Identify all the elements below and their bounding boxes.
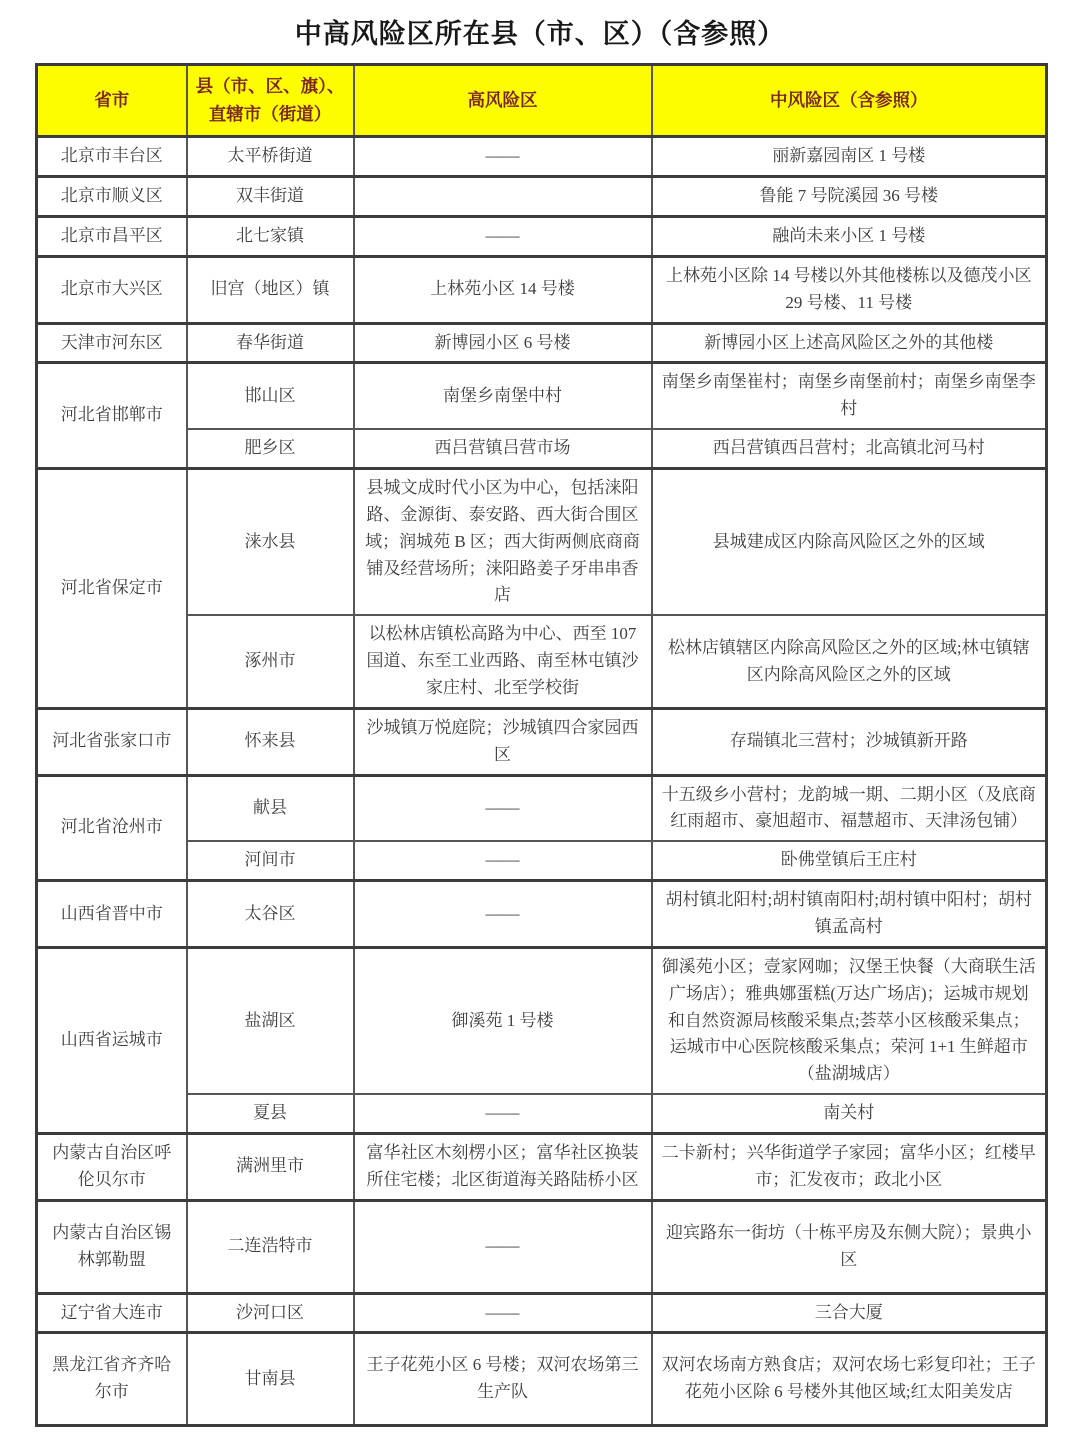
county-cell: 北七家镇 — [187, 217, 354, 257]
county-cell: 涞水县 — [187, 469, 354, 616]
county-cell: 双丰街道 — [187, 177, 354, 217]
table-row: 河北省邯郸市邯山区南堡乡南堡中村南堡乡南堡崔村；南堡乡南堡前村；南堡乡南堡李村 — [37, 363, 1047, 429]
page: 中高风险区所在县（市、区）（含参照） 省市 县（市、区、旗）、直辖市（街道） 高… — [0, 0, 1080, 1441]
high-risk-cell: 新博园小区 6 号楼 — [354, 323, 652, 363]
table-row: 河北省张家口市怀来县沙城镇万悦庭院；沙城镇四合家园西区存瑞镇北三营村；沙城镇新开… — [37, 708, 1047, 775]
province-cell: 北京市昌平区 — [37, 217, 187, 257]
province-group: 河北省保定市涞水县县城文成时代小区为中心，包括涞阳路、金源街、泰安路、西大街合围… — [37, 469, 1047, 709]
high-risk-cell: 以松林店镇松高路为中心、西至 107 国道、东至工业西路、南至林屯镇沙家庄村、北… — [354, 615, 652, 708]
province-cell: 山西省运城市 — [37, 947, 187, 1133]
county-cell: 涿州市 — [187, 615, 354, 708]
high-risk-cell: 富华社区木刻楞小区；富华社区换装所住宅楼；北区街道海关路陆桥小区 — [354, 1134, 652, 1201]
mid-risk-cell: 上林苑小区除 14 号楼以外其他楼栋以及德茂小区 29 号楼、11 号楼 — [652, 256, 1047, 323]
risk-table: 省市 县（市、区、旗）、直辖市（街道） 高风险区 中风险区（含参照） 北京市丰台… — [35, 63, 1048, 1427]
table-row: 天津市河东区春华街道新博园小区 6 号楼新博园小区上述高风险区之外的其他楼 — [37, 323, 1047, 363]
province-cell: 黑龙江省齐齐哈尔市 — [37, 1333, 187, 1426]
table-header: 省市 县（市、区、旗）、直辖市（街道） 高风险区 中风险区（含参照） — [37, 65, 1047, 137]
county-cell: 太谷区 — [187, 881, 354, 948]
table-row: 河北省沧州市献县——十五级乡小营村；龙韵城一期、二期小区（及底商红雨超市、豪旭超… — [37, 775, 1047, 841]
mid-risk-cell: 御溪苑小区；壹家网咖；汉堡王快餐（大商联生活广场店）；雅典娜蛋糕(万达广场店)；… — [652, 947, 1047, 1094]
county-cell: 肥乡区 — [187, 429, 354, 468]
page-title: 中高风险区所在县（市、区）（含参照） — [35, 12, 1045, 51]
province-cell: 内蒙古自治区呼伦贝尔市 — [37, 1134, 187, 1201]
table-row: 辽宁省大连市沙河口区——三合大厦 — [37, 1293, 1047, 1333]
table-row: 夏县——南关村 — [37, 1094, 1047, 1133]
mid-risk-cell: 迎宾路东一街坊（十栋平房及东侧大院）；景典小区 — [652, 1200, 1047, 1293]
mid-risk-cell: 南关村 — [652, 1094, 1047, 1133]
county-cell: 夏县 — [187, 1094, 354, 1133]
mid-risk-cell: 松林店镇辖区内除高风险区之外的区域;林屯镇辖区内除高风险区之外的区域 — [652, 615, 1047, 708]
province-group: 辽宁省大连市沙河口区——三合大厦 — [37, 1293, 1047, 1333]
high-risk-cell: 沙城镇万悦庭院；沙城镇四合家园西区 — [354, 708, 652, 775]
table-row: 河北省保定市涞水县县城文成时代小区为中心，包括涞阳路、金源街、泰安路、西大街合围… — [37, 469, 1047, 616]
mid-risk-cell: 融尚未来小区 1 号楼 — [652, 217, 1047, 257]
province-cell: 河北省邯郸市 — [37, 363, 187, 469]
province-cell: 内蒙古自治区锡林郭勒盟 — [37, 1200, 187, 1293]
province-group: 内蒙古自治区锡林郭勒盟二连浩特市——迎宾路东一街坊（十栋平房及东侧大院）；景典小… — [37, 1200, 1047, 1293]
header-county: 县（市、区、旗）、直辖市（街道） — [187, 65, 354, 137]
province-group: 北京市昌平区北七家镇——融尚未来小区 1 号楼 — [37, 217, 1047, 257]
table-row: 北京市大兴区旧宫（地区）镇上林苑小区 14 号楼上林苑小区除 14 号楼以外其他… — [37, 256, 1047, 323]
province-group: 北京市大兴区旧宫（地区）镇上林苑小区 14 号楼上林苑小区除 14 号楼以外其他… — [37, 256, 1047, 323]
province-group: 山西省运城市盐湖区御溪苑 1 号楼御溪苑小区；壹家网咖；汉堡王快餐（大商联生活广… — [37, 947, 1047, 1133]
table-row: 山西省晋中市太谷区——胡村镇北阳村;胡村镇南阳村;胡村镇中阳村；胡村镇孟高村 — [37, 881, 1047, 948]
county-cell: 满洲里市 — [187, 1134, 354, 1201]
high-risk-cell: 县城文成时代小区为中心，包括涞阳路、金源街、泰安路、西大街合围区域；润城苑 B … — [354, 469, 652, 616]
high-risk-cell: 上林苑小区 14 号楼 — [354, 256, 652, 323]
province-cell: 河北省保定市 — [37, 469, 187, 709]
high-risk-cell: —— — [354, 1293, 652, 1333]
province-group: 河北省沧州市献县——十五级乡小营村；龙韵城一期、二期小区（及底商红雨超市、豪旭超… — [37, 775, 1047, 881]
table-row: 涿州市以松林店镇松高路为中心、西至 107 国道、东至工业西路、南至林屯镇沙家庄… — [37, 615, 1047, 708]
table-row: 北京市顺义区双丰街道鲁能 7 号院溪园 36 号楼 — [37, 177, 1047, 217]
province-cell: 河北省张家口市 — [37, 708, 187, 775]
high-risk-cell: 御溪苑 1 号楼 — [354, 947, 652, 1094]
province-group: 北京市顺义区双丰街道鲁能 7 号院溪园 36 号楼 — [37, 177, 1047, 217]
high-risk-cell: 王子花苑小区 6 号楼；双河农场第三生产队 — [354, 1333, 652, 1426]
province-cell: 北京市顺义区 — [37, 177, 187, 217]
header-row: 省市 县（市、区、旗）、直辖市（街道） 高风险区 中风险区（含参照） — [37, 65, 1047, 137]
table-row: 北京市丰台区太平桥街道——丽新嘉园南区 1 号楼 — [37, 137, 1047, 177]
province-group: 北京市丰台区太平桥街道——丽新嘉园南区 1 号楼 — [37, 137, 1047, 177]
mid-risk-cell: 南堡乡南堡崔村；南堡乡南堡前村；南堡乡南堡李村 — [652, 363, 1047, 429]
table-row: 内蒙古自治区锡林郭勒盟二连浩特市——迎宾路东一街坊（十栋平房及东侧大院）；景典小… — [37, 1200, 1047, 1293]
province-cell: 山西省晋中市 — [37, 881, 187, 948]
high-risk-cell: —— — [354, 1094, 652, 1133]
mid-risk-cell: 丽新嘉园南区 1 号楼 — [652, 137, 1047, 177]
mid-risk-cell: 新博园小区上述高风险区之外的其他楼 — [652, 323, 1047, 363]
county-cell: 春华街道 — [187, 323, 354, 363]
county-cell: 盐湖区 — [187, 947, 354, 1094]
mid-risk-cell: 存瑞镇北三营村；沙城镇新开路 — [652, 708, 1047, 775]
county-cell: 献县 — [187, 775, 354, 841]
province-cell: 辽宁省大连市 — [37, 1293, 187, 1333]
county-cell: 旧宫（地区）镇 — [187, 256, 354, 323]
county-cell: 甘南县 — [187, 1333, 354, 1426]
high-risk-cell: —— — [354, 217, 652, 257]
table-row: 黑龙江省齐齐哈尔市甘南县王子花苑小区 6 号楼；双河农场第三生产队双河农场南方熟… — [37, 1333, 1047, 1426]
province-group: 河北省邯郸市邯山区南堡乡南堡中村南堡乡南堡崔村；南堡乡南堡前村；南堡乡南堡李村肥… — [37, 363, 1047, 469]
table-row: 内蒙古自治区呼伦贝尔市满洲里市富华社区木刻楞小区；富华社区换装所住宅楼；北区街道… — [37, 1134, 1047, 1201]
county-cell: 河间市 — [187, 841, 354, 880]
province-group: 内蒙古自治区呼伦贝尔市满洲里市富华社区木刻楞小区；富华社区换装所住宅楼；北区街道… — [37, 1134, 1047, 1201]
high-risk-cell: —— — [354, 841, 652, 880]
province-group: 天津市河东区春华街道新博园小区 6 号楼新博园小区上述高风险区之外的其他楼 — [37, 323, 1047, 363]
header-high-risk: 高风险区 — [354, 65, 652, 137]
county-cell: 沙河口区 — [187, 1293, 354, 1333]
mid-risk-cell: 十五级乡小营村；龙韵城一期、二期小区（及底商红雨超市、豪旭超市、福慧超市、天津汤… — [652, 775, 1047, 841]
province-cell: 北京市丰台区 — [37, 137, 187, 177]
mid-risk-cell: 县城建成区内除高风险区之外的区域 — [652, 469, 1047, 616]
high-risk-cell: 南堡乡南堡中村 — [354, 363, 652, 429]
mid-risk-cell: 双河农场南方熟食店；双河农场七彩复印社；王子花苑小区除 6 号楼外其他区域;红太… — [652, 1333, 1047, 1426]
table-row: 河间市——卧佛堂镇后王庄村 — [37, 841, 1047, 880]
table-row: 山西省运城市盐湖区御溪苑 1 号楼御溪苑小区；壹家网咖；汉堡王快餐（大商联生活广… — [37, 947, 1047, 1094]
high-risk-cell: 西吕营镇吕营市场 — [354, 429, 652, 468]
mid-risk-cell: 鲁能 7 号院溪园 36 号楼 — [652, 177, 1047, 217]
mid-risk-cell: 卧佛堂镇后王庄村 — [652, 841, 1047, 880]
county-cell: 邯山区 — [187, 363, 354, 429]
province-group: 山西省晋中市太谷区——胡村镇北阳村;胡村镇南阳村;胡村镇中阳村；胡村镇孟高村 — [37, 881, 1047, 948]
mid-risk-cell: 西吕营镇西吕营村；北高镇北河马村 — [652, 429, 1047, 468]
county-cell: 二连浩特市 — [187, 1200, 354, 1293]
high-risk-cell: —— — [354, 1200, 652, 1293]
high-risk-cell: —— — [354, 137, 652, 177]
header-mid-risk: 中风险区（含参照） — [652, 65, 1047, 137]
province-cell: 天津市河东区 — [37, 323, 187, 363]
county-cell: 怀来县 — [187, 708, 354, 775]
province-group: 黑龙江省齐齐哈尔市甘南县王子花苑小区 6 号楼；双河农场第三生产队双河农场南方熟… — [37, 1333, 1047, 1426]
province-cell: 北京市大兴区 — [37, 256, 187, 323]
header-province: 省市 — [37, 65, 187, 137]
table-row: 北京市昌平区北七家镇——融尚未来小区 1 号楼 — [37, 217, 1047, 257]
mid-risk-cell: 二卡新村；兴华街道学子家园；富华小区；红楼早市；汇发夜市；政北小区 — [652, 1134, 1047, 1201]
table-row: 肥乡区西吕营镇吕营市场西吕营镇西吕营村；北高镇北河马村 — [37, 429, 1047, 468]
high-risk-cell: —— — [354, 881, 652, 948]
mid-risk-cell: 三合大厦 — [652, 1293, 1047, 1333]
high-risk-cell — [354, 177, 652, 217]
mid-risk-cell: 胡村镇北阳村;胡村镇南阳村;胡村镇中阳村；胡村镇孟高村 — [652, 881, 1047, 948]
county-cell: 太平桥街道 — [187, 137, 354, 177]
province-group: 河北省张家口市怀来县沙城镇万悦庭院；沙城镇四合家园西区存瑞镇北三营村；沙城镇新开… — [37, 708, 1047, 775]
high-risk-cell: —— — [354, 775, 652, 841]
province-cell: 河北省沧州市 — [37, 775, 187, 881]
